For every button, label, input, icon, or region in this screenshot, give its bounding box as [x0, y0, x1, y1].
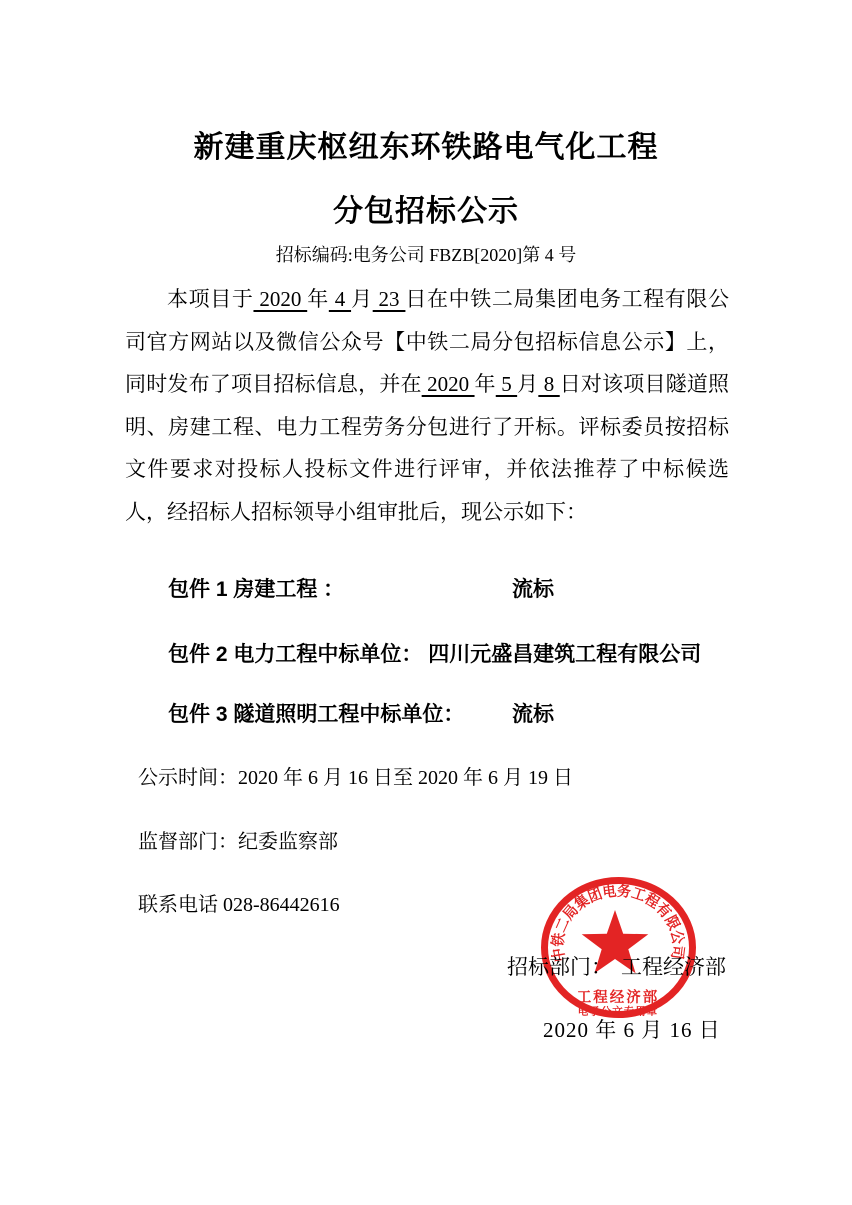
text-segment: 本项目于: [167, 287, 253, 311]
underlined-date-segment: 2020: [253, 287, 307, 311]
package-1-label: 包件 1 房建工程 ：: [168, 578, 344, 601]
package-1-result: 流标: [512, 573, 554, 603]
bid-department-label: 招标部门：: [507, 955, 612, 979]
underlined-date-segment: 2020: [422, 372, 475, 396]
package-3-result: 流标: [512, 698, 554, 728]
document-title-line2: 分包招标公示: [0, 186, 852, 230]
announcement-paragraph: 本项目于 2020 年 4 月 23 日在中铁二局集团电务工程有限公司官方网站以…: [125, 278, 729, 533]
supervision-department: 监督部门：纪委监察部: [138, 825, 338, 854]
package-row-2: 包件 2 电力工程中标单位： 四川元盛昌建筑工程有限公司: [168, 638, 788, 668]
seal-center-line1: 工程经济部: [577, 988, 660, 1006]
announcement-date: 2020 年 6 月 16 日: [543, 1014, 721, 1044]
package-2-label: 包件 2 电力工程中标单位：: [168, 643, 422, 666]
publicity-period: 公示时间：2020 年 6 月 16 日至 2020 年 6 月 19 日: [138, 761, 573, 790]
package-row-3: 包件 3 隧道照明工程中标单位： 流标: [168, 698, 788, 728]
document-title-line1: 新建重庆枢纽东环铁路电气化工程: [0, 122, 852, 166]
contact-phone: 联系电话 028-86442616: [138, 888, 340, 917]
bid-department-line: 招标部门：工程经济部: [507, 951, 726, 981]
text-segment: 年: [475, 372, 496, 396]
text-segment: 月: [517, 372, 538, 396]
text-segment: 月: [351, 287, 373, 311]
package-3-label: 包件 3 隧道照明工程中标单位：: [168, 703, 464, 726]
underlined-date-segment: 23: [373, 287, 406, 311]
bid-department-value: 工程经济部: [621, 955, 726, 979]
package-row-1: 包件 1 房建工程 ： 流标: [168, 573, 788, 603]
text-segment: 年: [307, 287, 329, 311]
package-2-result: 四川元盛昌建筑工程有限公司: [428, 643, 701, 666]
document-page: 新建重庆枢纽东环铁路电气化工程 分包招标公示 招标编码:电务公司 FBZB[20…: [0, 0, 852, 1205]
underlined-date-segment: 5: [496, 372, 517, 396]
bid-code: 招标编码:电务公司 FBZB[2020]第 4 号: [0, 241, 852, 267]
underlined-date-segment: 4: [329, 287, 351, 311]
underlined-date-segment: 8: [538, 372, 559, 396]
